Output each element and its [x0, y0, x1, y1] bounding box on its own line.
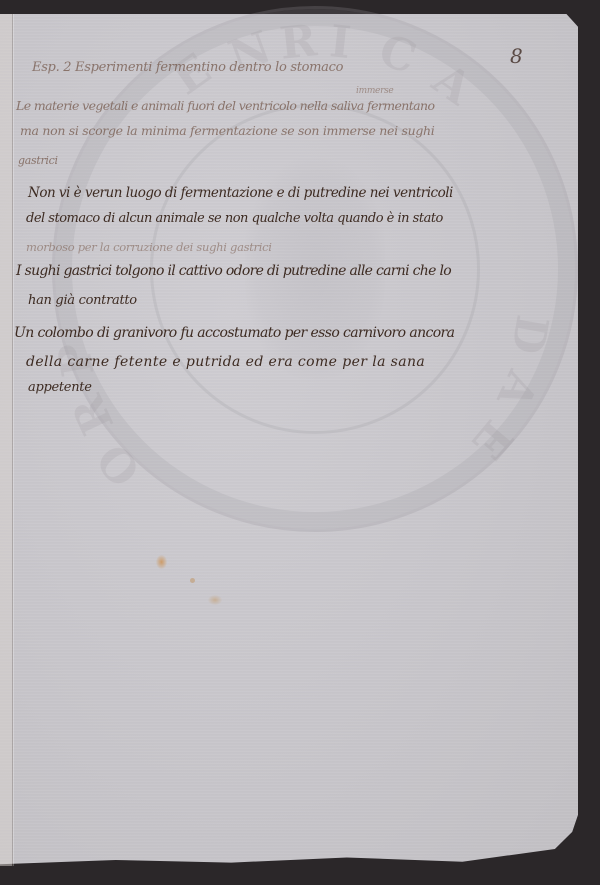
manuscript-line: I sughi gastrici tolgono il cattivo odor…: [16, 263, 451, 279]
fold-line: [12, 14, 13, 866]
stain-spot: [208, 595, 222, 605]
manuscript-line: gastrici: [18, 154, 58, 167]
manuscript-line: ma non si scorge la minima fermentazione…: [20, 123, 435, 138]
manuscript-line: Le materie vegetali e animali fuori del …: [16, 98, 434, 113]
manuscript-line: han già contratto: [28, 293, 137, 308]
binding-margin: [0, 14, 12, 866]
manuscript-line: morboso per la corruzione dei sughi gast…: [26, 240, 272, 254]
manuscript-line: appetente: [28, 380, 92, 395]
manuscript-line: del stomaco di alcun animale se non qual…: [26, 211, 443, 226]
manuscript-page: [0, 14, 578, 866]
interlinear-insertion: immerse: [356, 86, 393, 96]
stain-spot: [190, 578, 195, 583]
page-number: 8: [510, 44, 523, 68]
manuscript-line: Non vi è verun luogo di fermentazione e …: [28, 185, 453, 201]
stain-spot: [156, 555, 167, 569]
heading: Esp. 2 Esperimenti fermentino dentro lo …: [32, 60, 343, 75]
manuscript-line: Un colombo di granivoro fu accostumato p…: [14, 325, 454, 341]
manuscript-line: della carne fetente e putrida ed era com…: [26, 354, 425, 370]
